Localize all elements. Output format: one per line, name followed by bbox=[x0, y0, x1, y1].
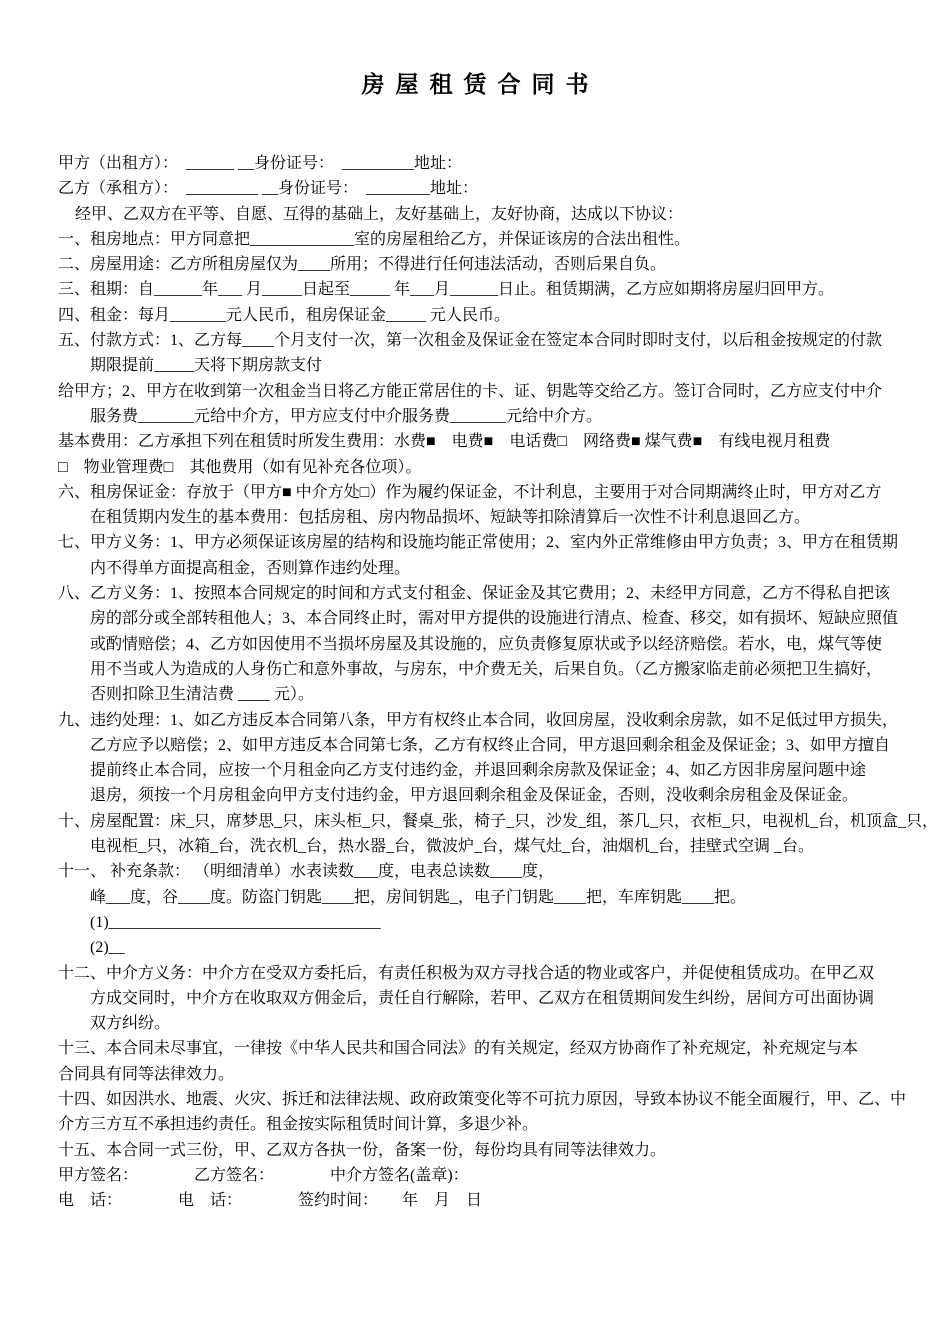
clause-5-line-1: 五、付款方式：1、乙方每____个月支付一次，第一次租金及保证金在签定本合同时即… bbox=[58, 328, 910, 353]
party-a-line: 甲方（出租方）： ______ __身份证号： _________地址： bbox=[58, 151, 910, 176]
clause-7-line-1: 七、甲方义务：1、甲方必须保证该房屋的结构和设施均能正常使用；2、室内外正常维修… bbox=[58, 530, 910, 555]
clause-6-line-2: 在租赁期内发生的基本费用：包括房租、房内物品损坏、短缺等扣除清算后一次性不计利息… bbox=[58, 505, 910, 530]
clause-9-line-2: 乙方应予以赔偿；2、如甲方违反本合同第七条，乙方有权终止合同，甲方退回剩余租金及… bbox=[58, 733, 910, 758]
phone-row: 电 话： 电 话： 签约时间： 年 月 日 bbox=[58, 1188, 910, 1213]
clause-10-line-1: 十、房屋配置：床_只，席梦思_只，床头柜_只，餐桌_张，椅子_只，沙发_组，茶几… bbox=[58, 809, 910, 834]
clause-8-line-4: 用不当或人为造成的人身伤亡和意外事故，与房东，中介费无关，后果自负。（乙方搬家临… bbox=[58, 657, 910, 682]
signature-row: 甲方签名： 乙方签名： 中介方签名(盖章)： bbox=[58, 1163, 910, 1188]
clause-5-line-2: 期限提前_____天将下期房款支付 bbox=[58, 353, 910, 378]
basic-fees-line-2: □ 物业管理费□ 其他费用（如有见补充各位项）。 bbox=[58, 455, 910, 480]
basic-fees-line-1: 基本费用：乙方承担下列在租赁时所发生费用：水费■ 电费■ 电话费□ 网络费■ 煤… bbox=[58, 429, 910, 454]
preamble-line: 经甲、乙双方在平等、自愿、互得的基础上，友好基础上，友好协商，达成以下协议： bbox=[58, 202, 910, 227]
clause-9-line-3: 提前终止本合同，应按一个月租金向乙方支付违约金，并退回剩余房款及保证金；4、如乙… bbox=[58, 758, 910, 783]
clause-8-line-1: 八、乙方义务：1、按照本合同规定的时间和方式支付租金、保证金及其它费用；2、未经… bbox=[58, 581, 910, 606]
clause-6-line-1: 六、租房保证金：存放于（甲方■ 中介方处□）作为履约保证金，不计利息，主要用于对… bbox=[58, 480, 910, 505]
contract-body: 甲方（出租方）： ______ __身份证号： _________地址：乙方（承… bbox=[0, 151, 950, 1213]
clause-2: 二、房屋用途：乙方所租房屋仅为____所用；不得进行任何违法活动，否则后果自负。 bbox=[58, 252, 910, 277]
clause-5-line-4: 服务费_______元给中介方，甲方应支付中介服务费_______元给中介方。 bbox=[58, 404, 910, 429]
clause-9-line-1: 九、违约处理：1、如乙方违反本合同第八条，甲方有权终止本合同，收回房屋，没收剩余… bbox=[58, 708, 910, 733]
clause-1: 一、租房地点：甲方同意把_____________室的房屋租给乙方，并保证该房的… bbox=[58, 227, 910, 252]
supplement-blank-2: (2)__ bbox=[58, 935, 910, 960]
clause-13-line-1: 十三、本合同未尽事宜，一律按《中华人民共和国合同法》的有关规定，经双方协商作了补… bbox=[58, 1036, 910, 1061]
clause-14-line-1: 十四、如因洪水、地震、火灾、拆迁和法律法规、政府政策变化等不可抗力原因，导致本协… bbox=[58, 1087, 910, 1112]
clause-15: 十五、本合同一式三份，甲、乙双方各执一份，备案一份，每份均具有同等法律效力。 bbox=[58, 1138, 910, 1163]
clause-12-line-1: 十二、中介方义务：中介方在受双方委托后，有责任积极为双方寻找合适的物业或客户，并… bbox=[58, 961, 910, 986]
document-title: 房屋租赁合同书 bbox=[0, 0, 950, 99]
contract-page: 房屋租赁合同书 甲方（出租方）： ______ __身份证号： ________… bbox=[0, 0, 950, 1344]
clause-4: 四、租金：每月_______元人民币，租房保证金_____ 元人民币。 bbox=[58, 303, 910, 328]
clause-14-line-2: 介方三方互不承担违约责任。租金按实际租赁时间计算，多退少补。 bbox=[58, 1112, 910, 1137]
clause-9-line-4: 退房，须按一个月房租金向甲方支付违约金，甲方退回剩余租金及保证金，否则，没收剩余… bbox=[58, 783, 910, 808]
clause-13-line-2: 合同具有同等法律效力。 bbox=[58, 1062, 910, 1087]
clause-8-line-2: 房的部分或全部转租他人；3、本合同终止时，需对甲方提供的设施进行清点、检查、移交… bbox=[58, 606, 910, 631]
clause-11-line-2: 峰___度，谷____度。防盗门钥匙____把，房间钥匙_，电子门钥匙____把… bbox=[58, 885, 910, 910]
supplement-blank-1: (1)__________________________________ bbox=[58, 910, 910, 935]
clause-3: 三、租期：自______年___ 月_____日起至_____ 年___月___… bbox=[58, 277, 910, 302]
clause-12-line-3: 双方纠纷。 bbox=[58, 1011, 910, 1036]
clause-12-line-2: 方成交同时，中介方在收取双方佣金后，责任自行解除，若甲、乙双方在租赁期间发生纠纷… bbox=[58, 986, 910, 1011]
clause-5-line-3: 给甲方；2、甲方在收到第一次租金当日将乙方能正常居住的卡、证、钥匙等交给乙方。签… bbox=[58, 379, 910, 404]
party-b-line: 乙方（承租方）： _________ __身份证号： ________地址： bbox=[58, 176, 910, 201]
clause-7-line-2: 内不得单方面提高租金，否则算作违约处理。 bbox=[58, 556, 910, 581]
clause-11-line-1: 十一、 补充条款： （明细清单）水表读数___度，电表总读数____度， bbox=[58, 859, 910, 884]
clause-8-line-3: 或酌情赔偿；4、乙方如因使用不当损坏房屋及其设施的，应负责修复原状或予以经济赔偿… bbox=[58, 632, 910, 657]
clause-8-line-5: 否则扣除卫生清洁费 ____ 元）。 bbox=[58, 682, 910, 707]
clause-10-line-2: 电视柜_只，冰箱_台，洗衣机_台，热水器_台，微波炉_台，煤气灶_台，油烟机_台… bbox=[58, 834, 910, 859]
